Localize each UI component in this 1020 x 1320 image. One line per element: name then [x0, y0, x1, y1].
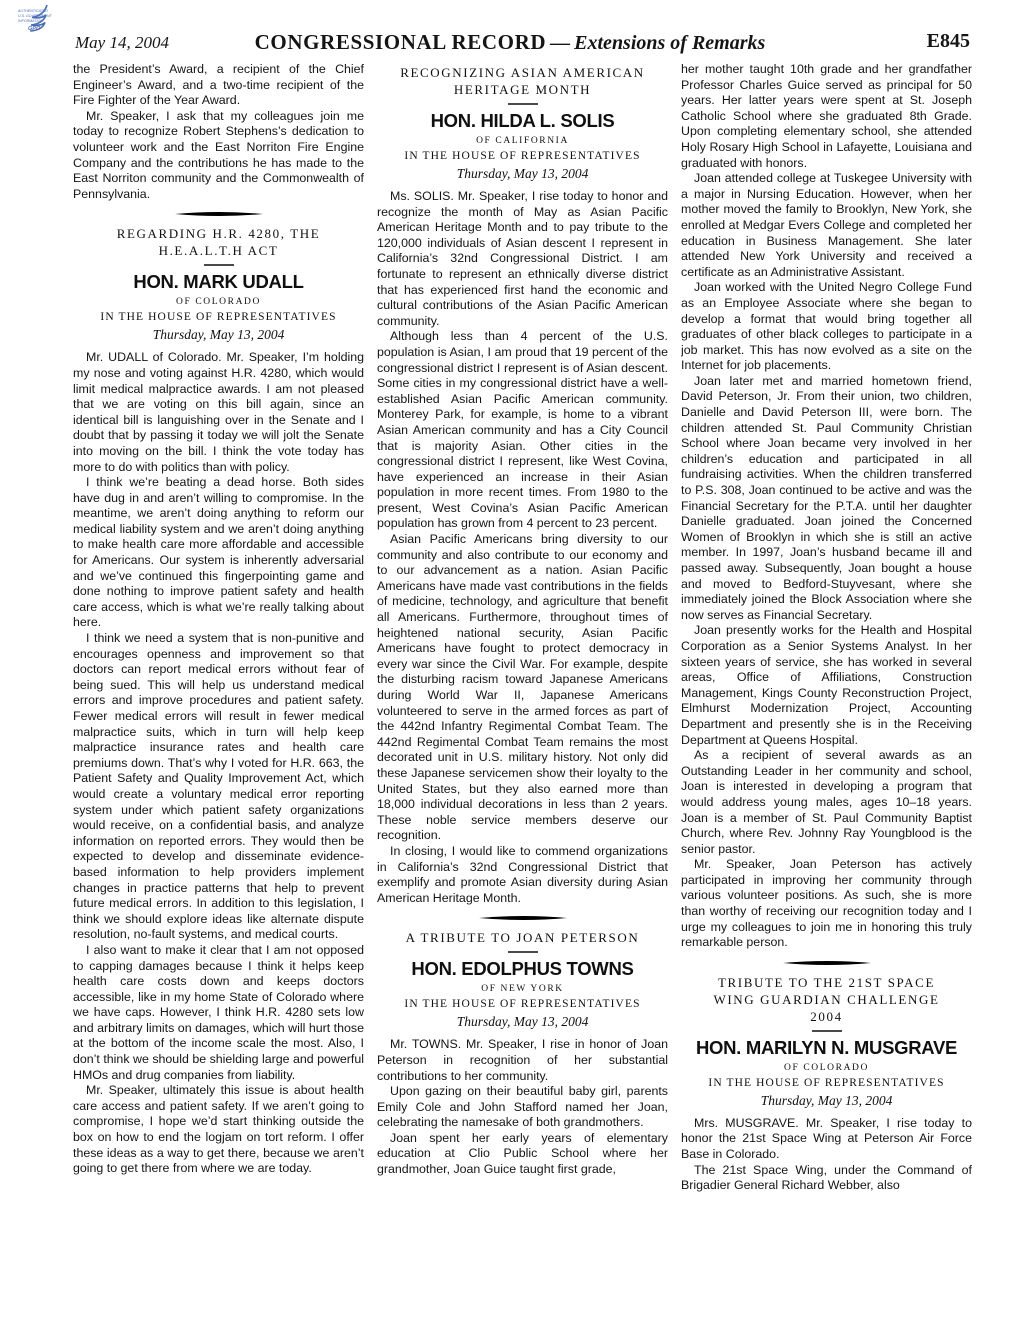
article-space-wing-heading: TRIBUTE TO THE 21ST SPACE WING GUARDIAN … [681, 974, 972, 1109]
paragraph: Although less than 4 percent of the U.S.… [377, 329, 668, 532]
article-title: REGARDING H.R. 4280, THE H.E.A.L.T.H ACT [87, 225, 350, 259]
svg-text:INFORMATION: INFORMATION [18, 19, 43, 23]
session-date: Thursday, May 13, 2004 [73, 327, 364, 343]
paragraph: Mr. Speaker, ultimately this issue is ab… [73, 1083, 364, 1177]
title-rule [508, 103, 538, 105]
page-number: E845 [927, 30, 970, 53]
paragraph: Mr. TOWNS. Mr. Speaker, I rise in honor … [377, 1037, 668, 1084]
paragraph: Joan attended college at Tuskegee Univer… [681, 171, 972, 280]
chamber-line: IN THE HOUSE OF REPRESENTATIVES [681, 1077, 972, 1089]
paragraph: Mr. Speaker, I ask that my colleagues jo… [73, 109, 364, 203]
three-column-text-area: the President’s Award, a recipient of th… [73, 62, 972, 1314]
paragraph: The 21st Space Wing, under the Command o… [681, 1163, 972, 1194]
article-heritage-month-body: Ms. SOLIS. Mr. Speaker, I rise today to … [377, 189, 668, 906]
column-2: RECOGNIZING ASIAN AMERICAN HERITAGE MONT… [377, 62, 668, 1314]
article-title: RECOGNIZING ASIAN AMERICAN HERITAGE MONT… [391, 64, 654, 98]
paragraph: Mrs. MUSGRAVE. Mr. Speaker, I rise today… [681, 1116, 972, 1163]
section-divider [783, 960, 871, 966]
paragraph: Mr. Speaker, Joan Peterson has actively … [681, 857, 972, 951]
article-joan-peterson-body: Mr. TOWNS. Mr. Speaker, I rise in honor … [377, 1037, 668, 1177]
congressional-record-page: AUTHENTICATED U.S. GOVERNMENT INFORMATIO… [0, 0, 1020, 1320]
paragraph: Asian Pacific Americans bring diversity … [377, 532, 668, 844]
chamber-line: IN THE HOUSE OF REPRESENTATIVES [377, 150, 668, 162]
section-divider [175, 211, 263, 217]
paragraph: her mother taught 10th grade and her gra… [681, 62, 972, 171]
paragraph: Joan worked with the United Negro Colleg… [681, 280, 972, 374]
masthead-title: CONGRESSIONAL RECORD [255, 30, 546, 54]
paragraph: the President’s Award, a recipient of th… [73, 62, 364, 109]
paragraph: Joan later met and married hometown frie… [681, 374, 972, 624]
paragraph: Upon gazing on their beautiful baby girl… [377, 1084, 668, 1131]
column-1: the President’s Award, a recipient of th… [73, 62, 364, 1314]
paragraph: Joan presently works for the Health and … [681, 623, 972, 748]
session-date: Thursday, May 13, 2004 [681, 1093, 972, 1109]
member-state: OF NEW YORK [377, 984, 668, 994]
paragraph: I also want to make it clear that I am n… [73, 943, 364, 1083]
article-space-wing-body: Mrs. MUSGRAVE. Mr. Speaker, I rise today… [681, 1116, 972, 1194]
article-heritage-month-heading: RECOGNIZING ASIAN AMERICAN HERITAGE MONT… [377, 64, 668, 182]
column-3: her mother taught 10th grade and her gra… [681, 62, 972, 1314]
article-health-act-heading: REGARDING H.R. 4280, THE H.E.A.L.T.H ACT… [73, 225, 364, 343]
session-date: Thursday, May 13, 2004 [377, 1014, 668, 1030]
chamber-line: IN THE HOUSE OF REPRESENTATIVES [377, 998, 668, 1010]
article-title: TRIBUTE TO THE 21ST SPACE WING GUARDIAN … [695, 974, 958, 1025]
title-rule [508, 951, 538, 953]
member-name: HON. EDOLPHUS TOWNS [377, 958, 668, 980]
paragraph: Ms. SOLIS. Mr. Speaker, I rise today to … [377, 189, 668, 329]
svg-text:U.S. GOVERNMENT: U.S. GOVERNMENT [18, 14, 53, 18]
masthead: CONGRESSIONAL RECORD — Extensions of Rem… [0, 30, 1020, 55]
paragraph: I think we’re beating a dead horse. Both… [73, 475, 364, 631]
paragraph: In closing, I would like to commend orga… [377, 844, 668, 906]
paragraph: Mr. UDALL of Colorado. Mr. Speaker, I’m … [73, 350, 364, 475]
section-divider [479, 915, 567, 921]
chamber-line: IN THE HOUSE OF REPRESENTATIVES [73, 311, 364, 323]
member-state: OF COLORADO [681, 1063, 972, 1073]
member-state: OF COLORADO [73, 297, 364, 307]
member-state: OF CALIFORNIA [377, 136, 668, 146]
member-name: HON. MARK UDALL [73, 271, 364, 293]
paragraph: Joan spent her early years of elementary… [377, 1131, 668, 1178]
paragraph: I think we need a system that is non-pun… [73, 631, 364, 943]
svg-text:AUTHENTICATED: AUTHENTICATED [17, 9, 48, 13]
title-rule [812, 1030, 842, 1032]
article-joan-peterson-continuation: her mother taught 10th grade and her gra… [681, 62, 972, 951]
session-date: Thursday, May 13, 2004 [377, 166, 668, 182]
member-name: HON. HILDA L. SOLIS [377, 110, 668, 132]
article-stephens-continuation: the President’s Award, a recipient of th… [73, 62, 364, 202]
article-health-act-body: Mr. UDALL of Colorado. Mr. Speaker, I’m … [73, 350, 364, 1176]
title-rule [204, 264, 234, 266]
member-name: HON. MARILYN N. MUSGRAVE [681, 1037, 972, 1059]
masthead-section: — Extensions of Remarks [546, 32, 765, 54]
paragraph: As a recipient of several awards as an O… [681, 748, 972, 857]
article-joan-peterson-heading: A TRIBUTE TO JOAN PETERSON HON. EDOLPHUS… [377, 929, 668, 1030]
article-title: A TRIBUTE TO JOAN PETERSON [391, 929, 654, 946]
